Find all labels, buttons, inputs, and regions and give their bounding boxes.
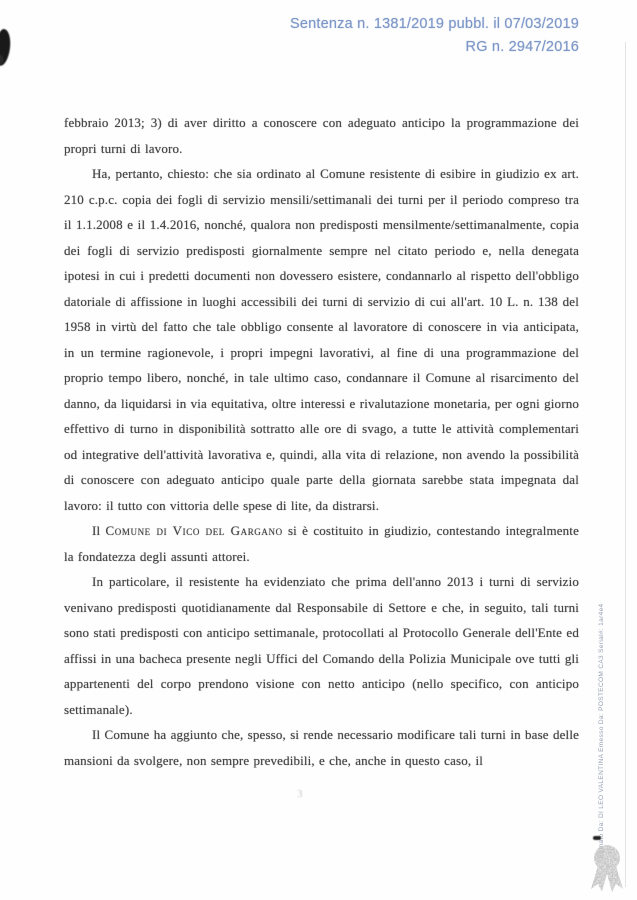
paragraph-text: Il xyxy=(92,523,106,538)
ribbon-seal-icon xyxy=(583,843,631,895)
header-rg-line: RG n. 2947/2016 xyxy=(290,36,579,59)
paragraph-text: febbraio 2013; 3) di aver diritto a cono… xyxy=(64,115,579,156)
header-sentenza-line: Sentenza n. 1381/2019 pubbl. il 07/03/20… xyxy=(290,13,579,36)
digital-signature-strip: Firmato Da: DI LEO VALENTINA Emesso Da: … xyxy=(598,552,610,858)
paragraph: Il Comune di Vico del Gargano si è costi… xyxy=(64,518,579,569)
paragraph: febbraio 2013; 3) di aver diritto a cono… xyxy=(64,110,579,161)
scan-dash-artifact xyxy=(593,836,601,840)
paragraph-text: In particolare, il resistente ha evidenz… xyxy=(64,574,579,717)
judgment-body-text: febbraio 2013; 3) di aver diritto a cono… xyxy=(64,110,579,773)
party-name: Comune di Vico del Gargano xyxy=(106,523,283,538)
scan-edge-line xyxy=(625,42,626,887)
paragraph-text: Il Comune ha aggiunto che, spesso, si re… xyxy=(64,727,579,768)
scanned-judgment-page: Sentenza n. 1381/2019 pubbl. il 07/03/20… xyxy=(0,0,637,900)
scan-smudge-artifact xyxy=(0,28,12,66)
paragraph: In particolare, il resistente ha evidenz… xyxy=(64,569,579,722)
paragraph: Ha, pertanto, chiesto: che sia ordinato … xyxy=(64,161,579,518)
efiling-header: Sentenza n. 1381/2019 pubbl. il 07/03/20… xyxy=(290,13,579,59)
paragraph-text: Ha, pertanto, chiesto: che sia ordinato … xyxy=(64,166,579,513)
page-number: 3 xyxy=(297,788,303,800)
digital-signature-text: Firmato Da: DI LEO VALENTINA Emesso Da: … xyxy=(598,603,605,858)
paragraph: Il Comune ha aggiunto che, spesso, si re… xyxy=(64,722,579,773)
